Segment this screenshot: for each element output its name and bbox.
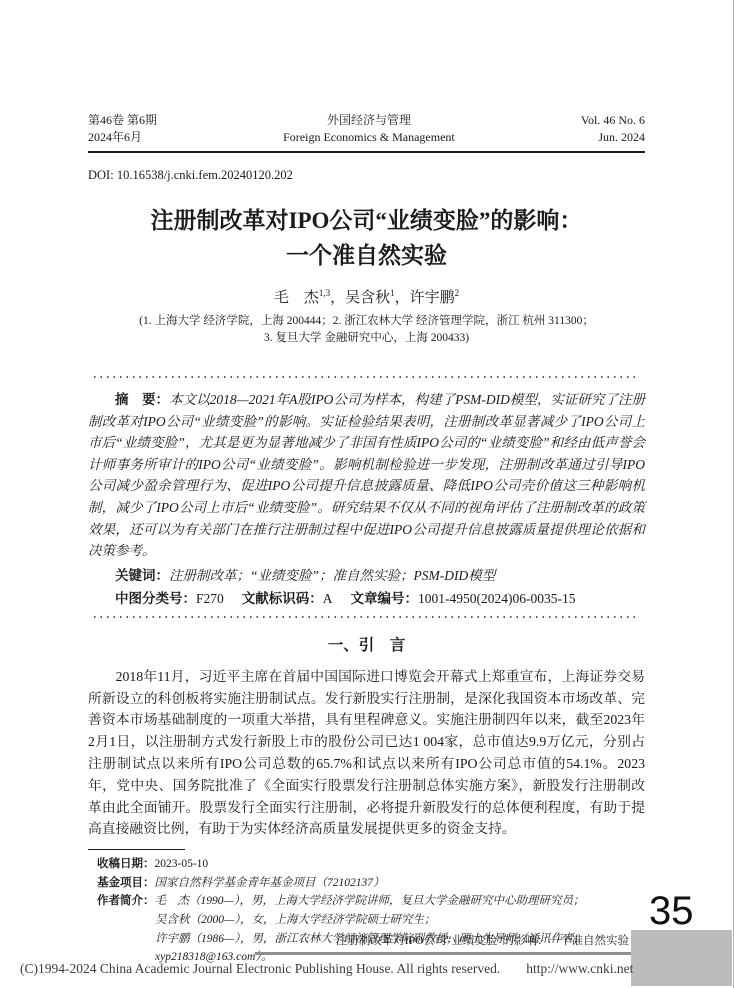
author-separator: ，	[330, 290, 345, 306]
clc-number: 中图分类号：F270	[115, 591, 224, 606]
affiliations: (1. 上海大学 经济学院，上海 200444；2. 浙江农林大学 经济管理学院…	[88, 313, 645, 347]
page-number-box	[631, 930, 732, 986]
author-bio-line2: 吴含秋（2000—），女，上海大学经济学院硕士研究生；	[155, 911, 645, 930]
journal-name-en: Foreign Economics & Management	[283, 129, 455, 146]
dotted-divider-bottom	[94, 616, 639, 618]
abstract-text: 本文以2018—2021年A股IPO公司为样本，构建了PSM-DID模型，实证研…	[88, 392, 645, 558]
journal-issue-line1: 第46卷 第6期	[88, 112, 157, 129]
article-title: 注册制改革对IPO公司“业绩变脸”的影响： 一个准自然实验	[88, 203, 645, 273]
document-code: 文献标识码：A	[242, 591, 333, 606]
author-bio-value1: 毛 杰（1990—），男，上海大学经济学院讲师，复旦大学金融研究中心助理研究员；	[155, 895, 585, 907]
cnki-url: http://www.cnki.net	[526, 961, 633, 976]
keywords-text: 注册制改革；“业绩变脸”；准自然实验；PSM-DID模型	[169, 568, 495, 583]
page-content: 第46卷 第6期 2024年6月 外国经济与管理 Foreign Economi…	[88, 0, 645, 967]
journal-name: 外国经济与管理 Foreign Economics & Management	[283, 112, 455, 146]
running-title: 注册制改革对IPO公司“业绩变脸”的影响：一个准自然实验	[336, 932, 629, 948]
author-name: 吴含秋	[345, 290, 390, 306]
fund-project-label: 基金项目：	[97, 877, 155, 889]
page-number: 35	[649, 890, 694, 932]
keywords-label: 关键词：	[115, 568, 169, 583]
author-name: 毛 杰	[274, 290, 319, 306]
keywords-line: 关键词：注册制改革；“业绩变脸”；准自然实验；PSM-DID模型	[88, 565, 645, 586]
dotted-divider-top	[94, 376, 639, 378]
journal-vol-en: Vol. 46 No. 6 Jun. 2024	[581, 112, 645, 146]
article-number-label: 文章编号：	[351, 591, 419, 606]
clc-line: 中图分类号：F270文献标识码：A文章编号：1001-4950(2024)06-…	[88, 588, 645, 609]
author-separator: ，	[395, 290, 410, 306]
footnote-block: 收稿日期：2023-05-10 基金项目：国家自然科学基金青年基金项目（7210…	[88, 855, 645, 967]
footer-rule	[255, 952, 632, 955]
section-heading-introduction: 一、引 言	[88, 633, 645, 655]
journal-vol-line1: Vol. 46 No. 6	[581, 112, 645, 129]
article-number-value: 1001-4950(2024)06-0035-15	[418, 591, 575, 606]
document-code-value: A	[323, 591, 333, 606]
affiliation-line2: 3. 复旦大学 金融研究中心，上海 200433)	[88, 330, 645, 347]
abstract-paragraph: 摘 要：本文以2018—2021年A股IPO公司为样本，构建了PSM-DID模型…	[88, 389, 645, 562]
author-bio-line1: 作者简介：毛 杰（1990—），男，上海大学经济学院讲师，复旦大学金融研究中心助…	[97, 892, 645, 911]
copyright-text: (C)1994-2024 China Academic Journal Elec…	[20, 961, 500, 976]
journal-page: 第46卷 第6期 2024年6月 外国经济与管理 Foreign Economi…	[0, 0, 734, 988]
clc-number-value: F270	[196, 591, 224, 606]
journal-issue-cn: 第46卷 第6期 2024年6月	[88, 112, 157, 146]
article-title-line1: 注册制改革对IPO公司“业绩变脸”的影响：	[88, 203, 645, 238]
clc-number-label: 中图分类号：	[115, 591, 196, 606]
author-superscript: 1,3	[319, 288, 330, 298]
copyright-line: (C)1994-2024 China Academic Journal Elec…	[20, 961, 633, 977]
journal-name-cn: 外国经济与管理	[283, 112, 455, 129]
document-code-label: 文献标识码：	[242, 591, 323, 606]
journal-header: 第46卷 第6期 2024年6月 外国经济与管理 Foreign Economi…	[88, 112, 645, 153]
introduction-paragraph: 2018年11月，习近平主席在首届中国国际进口博览会开幕式上郑重宣布，上海证券交…	[88, 666, 645, 840]
footnote-separator	[88, 849, 185, 850]
journal-issue-line2: 2024年6月	[88, 129, 157, 146]
received-date-value: 2023-05-10	[155, 858, 209, 870]
received-date-line: 收稿日期：2023-05-10	[97, 855, 645, 874]
journal-vol-line2: Jun. 2024	[581, 129, 645, 146]
doi-text: DOI: 10.16538/j.cnki.fem.20240120.202	[88, 168, 645, 183]
article-number: 文章编号：1001-4950(2024)06-0035-15	[351, 591, 576, 606]
affiliation-line1: (1. 上海大学 经济学院，上海 200444；2. 浙江农林大学 经济管理学院…	[88, 313, 645, 330]
authors-line: 毛 杰1,3，吴含秋1，许宇鹏2	[88, 286, 645, 307]
fund-project-value: 国家自然科学基金青年基金项目（72102137）	[155, 877, 385, 889]
article-title-line2: 一个准自然实验	[88, 238, 645, 273]
abstract-label: 摘 要：	[115, 392, 169, 407]
fund-project-line: 基金项目：国家自然科学基金青年基金项目（72102137）	[97, 874, 645, 893]
author-bio-label: 作者简介：	[97, 895, 155, 907]
received-date-label: 收稿日期：	[97, 858, 155, 870]
author-superscript: 2	[455, 288, 460, 298]
author-name: 许宇鹏	[410, 290, 455, 306]
